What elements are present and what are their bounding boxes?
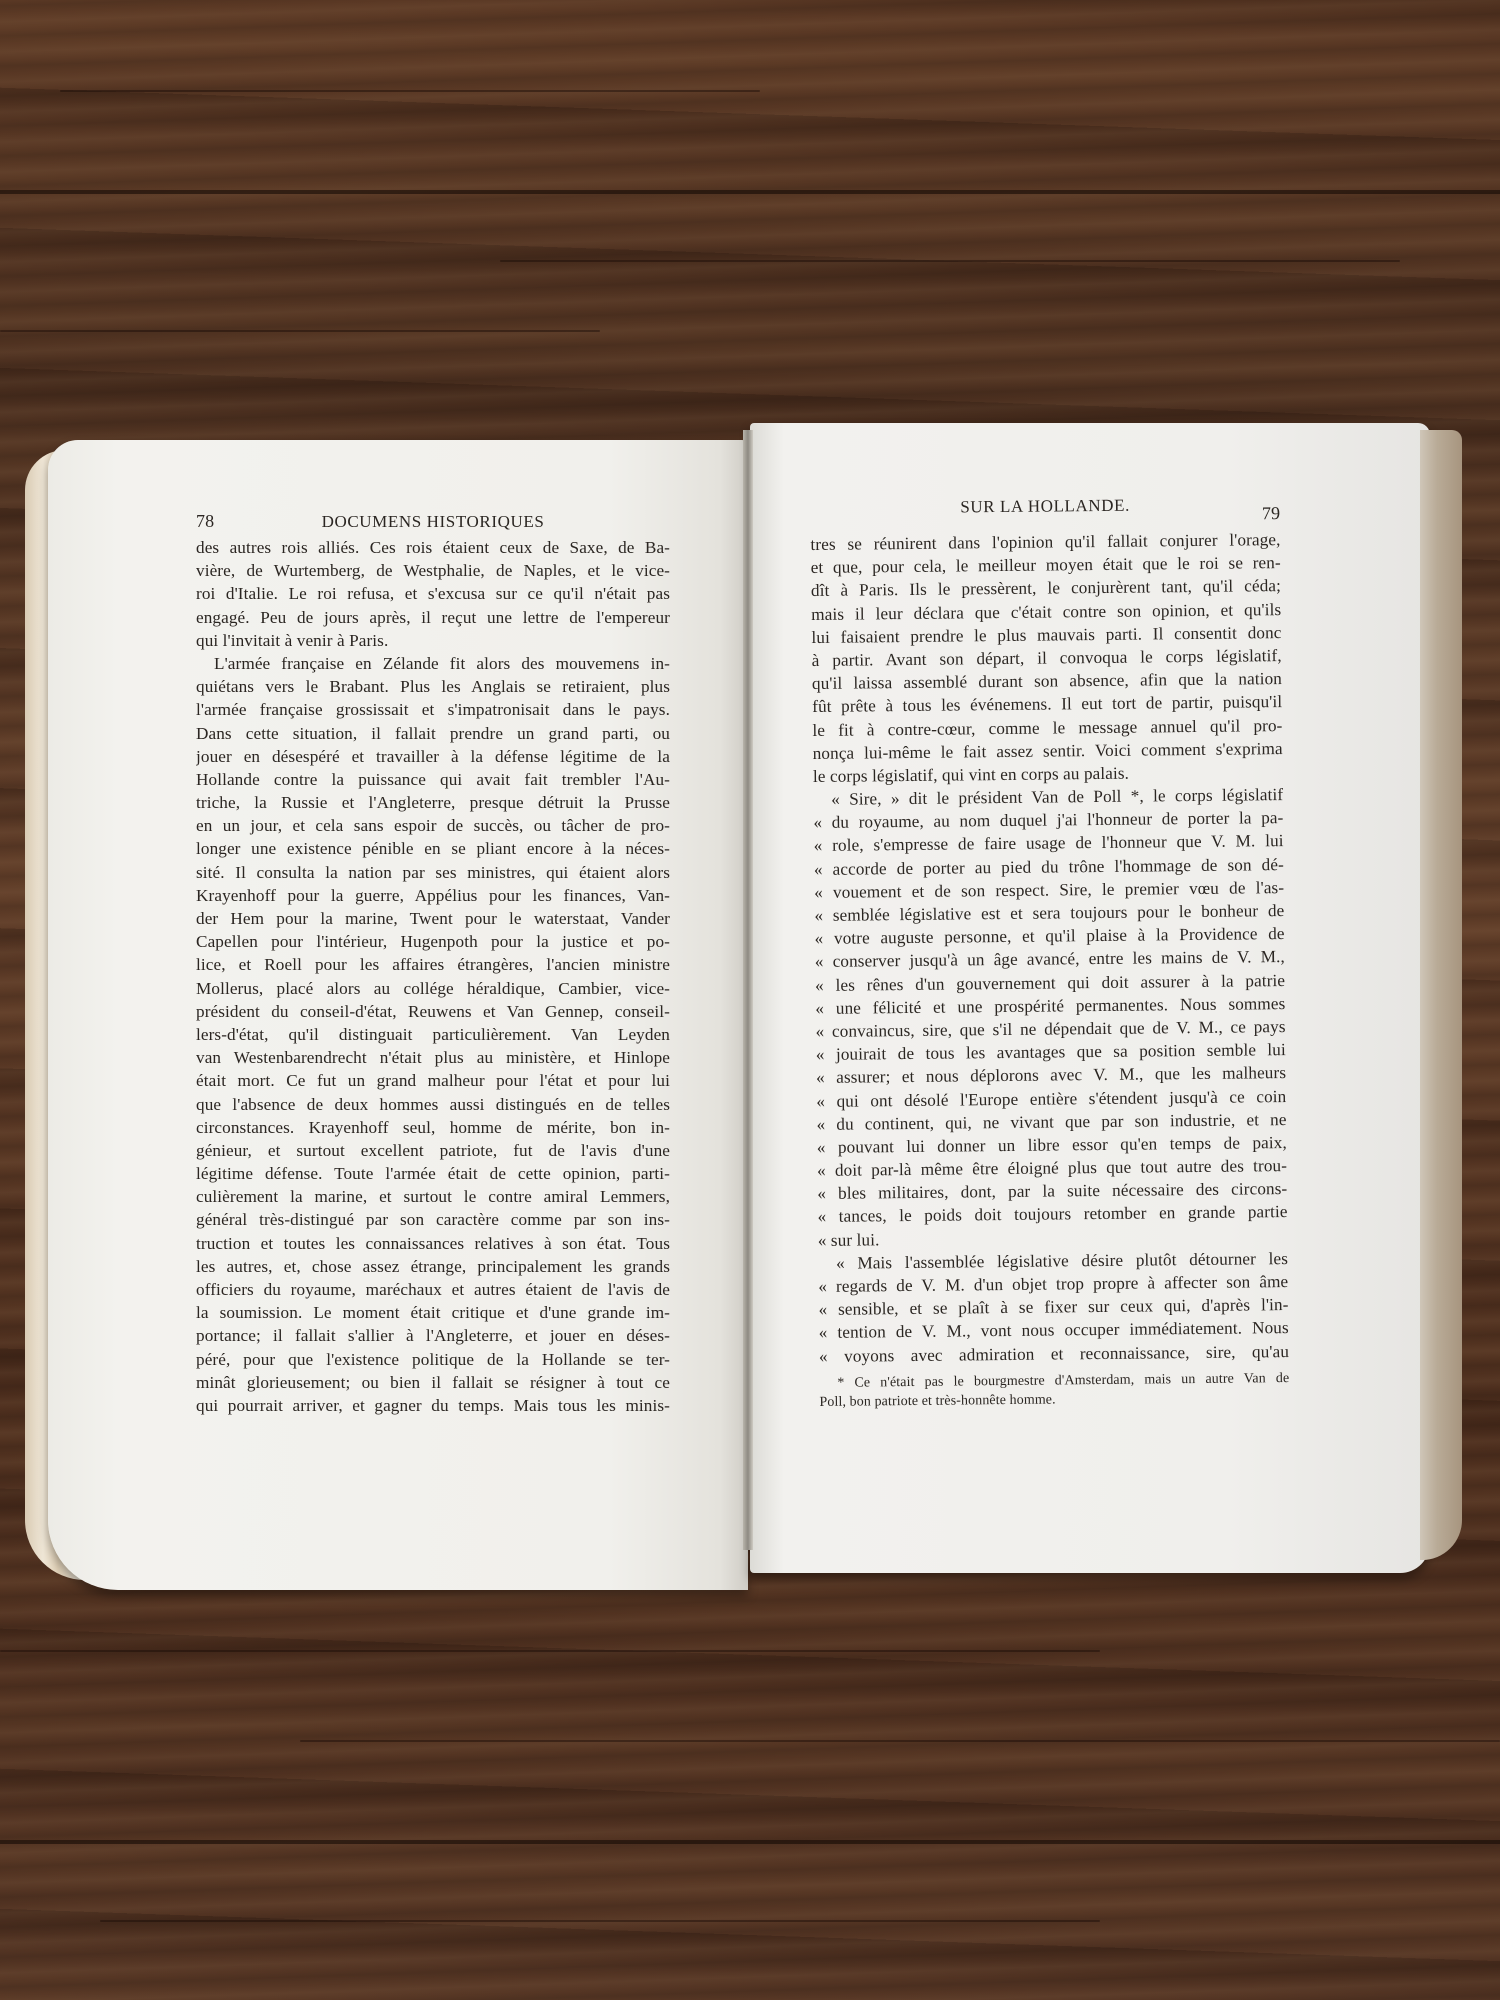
text-line: péré, pour que l'existence politique de …	[196, 1348, 670, 1371]
text-line: der Hem pour la marine, Twent pour le wa…	[196, 907, 670, 930]
text-line: triche, la Russie et l'Angleterre, presq…	[196, 791, 670, 814]
text-line: van Westenbarendrecht n'était plus au mi…	[196, 1046, 670, 1069]
text-line: des autres rois alliés. Ces rois étaient…	[196, 536, 670, 559]
text-line: l'armée française grossissait et s'impat…	[196, 698, 670, 721]
text-line: minât glorieusement; ou bien il fallait …	[196, 1371, 670, 1394]
text-line: quiétans vers le Brabant. Plus les Angla…	[196, 675, 670, 698]
text-line: L'armée française en Zélande fit alors d…	[196, 652, 670, 675]
text-line: les autres, et, chose assez étrange, pri…	[196, 1255, 670, 1278]
text-line: truction et toutes les connaissances rel…	[196, 1232, 670, 1255]
text-line: portance; il fallait s'allier à l'Anglet…	[196, 1324, 670, 1347]
text-line: sité. Il consulta la nation par ses mini…	[196, 861, 670, 884]
text-line: en un jour, et cela sans espoir de succè…	[196, 814, 670, 837]
text-line: lice, et Roell pour les affaires étrangè…	[196, 953, 670, 976]
text-line: lers-d'état, qu'il distinguait particuli…	[196, 1023, 670, 1046]
text-line: la soumission. Le moment était critique …	[196, 1301, 670, 1324]
right-page-text: SUR LA HOLLANDE. 79 tres se réunirent da…	[810, 492, 1290, 1412]
text-line: « voyons avec admiration et reconnaissan…	[819, 1340, 1289, 1368]
text-line: Mollerus, placé alors au collége héraldi…	[196, 977, 670, 1000]
text-line: président du conseil-d'état, Reuwens et …	[196, 1000, 670, 1023]
text-line: était mort. Ce fut un grand malheur pour…	[196, 1069, 670, 1092]
text-line: jouer en désespéré et travailler à la dé…	[196, 745, 670, 768]
text-line: Krayenhoff pour la guerre, Appélius pour…	[196, 884, 670, 907]
text-line: circonstances. Krayenhoff seul, homme de…	[196, 1116, 670, 1139]
text-line: engagé. Peu de jours après, il reçut une…	[196, 606, 670, 629]
text-line: général très-distingué par son caractère…	[196, 1208, 670, 1231]
text-line: officiers du royaume, maréchaux et autre…	[196, 1278, 670, 1301]
text-line: légitime défense. Toute l'armée était de…	[196, 1162, 670, 1185]
text-line: Capellen pour l'intérieur, Hugenpoth pou…	[196, 930, 670, 953]
right-page-body: tres se réunirent dans l'opinion qu'il f…	[810, 528, 1289, 1368]
text-line: longer une existence pénible en se plian…	[196, 837, 670, 860]
text-line: culièrement la marine, et surtout le con…	[196, 1185, 670, 1208]
text-line: Hollande contre la puissance qui avait f…	[196, 768, 670, 791]
right-page-header: SUR LA HOLLANDE. 79	[810, 492, 1280, 523]
text-line: qui pourrait arriver, et gagner du temps…	[196, 1394, 670, 1417]
open-book: 78 DOCUMENS HISTORIQUES des autres rois …	[0, 0, 1500, 2000]
text-line: vière, de Wurtemberg, de Westphalie, de …	[196, 559, 670, 582]
left-page-body: des autres rois alliés. Ces rois étaient…	[196, 536, 670, 1417]
text-line: génieur, et surtout excellent patriote, …	[196, 1139, 670, 1162]
running-head: SUR LA HOLLANDE.	[810, 492, 1280, 520]
text-line: « tances, le poids doit toujours retombe…	[817, 1200, 1287, 1228]
running-head: DOCUMENS HISTORIQUES	[196, 510, 670, 533]
page-number: 79	[1262, 502, 1280, 525]
left-page-header: 78 DOCUMENS HISTORIQUES	[196, 510, 670, 536]
right-page-stack-edge	[1420, 430, 1462, 1560]
text-line: qui l'invitait à venir à Paris.	[196, 629, 670, 652]
text-line: roi d'Italie. Le roi refusa, et s'excusa…	[196, 582, 670, 605]
book-gutter	[743, 430, 753, 1550]
footnote: * Ce n'était pas le bourgmestre d'Amster…	[819, 1369, 1289, 1412]
text-line: Dans cette situation, il fallait prendre…	[196, 722, 670, 745]
left-page-text: 78 DOCUMENS HISTORIQUES des autres rois …	[196, 510, 670, 1417]
text-line: que l'absence de deux hommes aussi disti…	[196, 1093, 670, 1116]
text-line: nonça lui-même le fait assez sentir. Voi…	[813, 737, 1283, 765]
